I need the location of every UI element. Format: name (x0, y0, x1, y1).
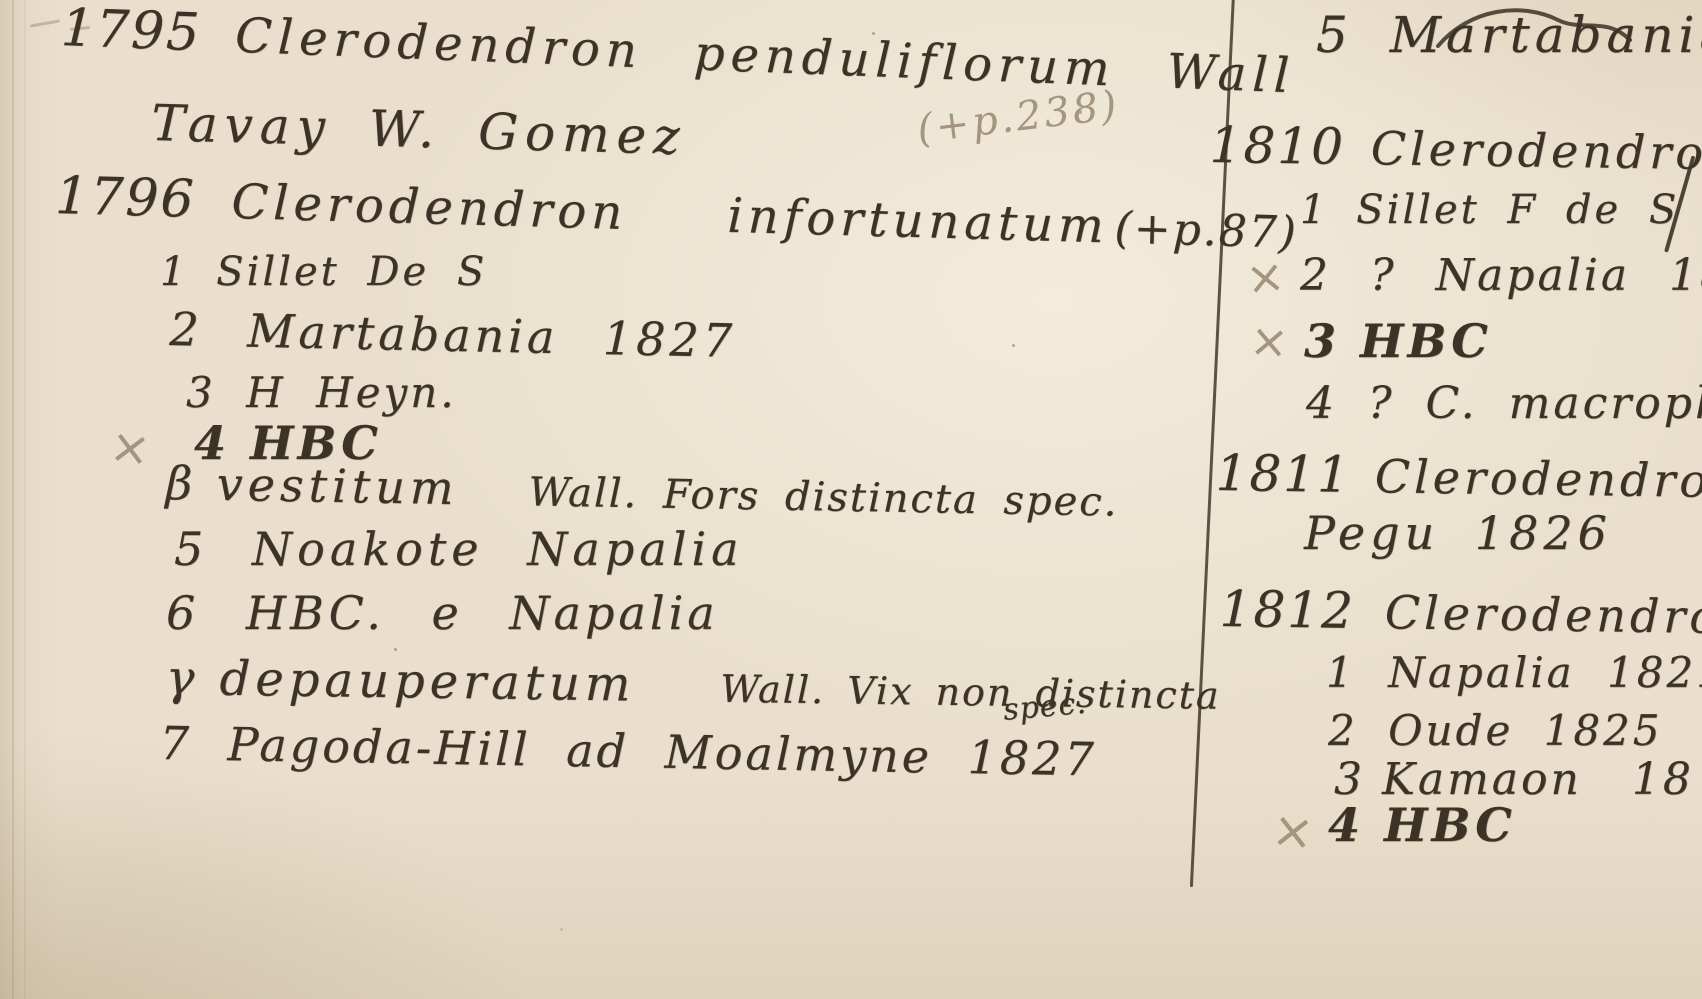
collection-item: 2 ? Napalia 18 (1300, 254, 1702, 298)
species-name: Clerodendron infortunatum (231, 174, 1110, 254)
pencil-dash (30, 19, 60, 27)
catalogue-number: 1795 (60, 2, 202, 59)
page-crease (24, 0, 26, 999)
catalogue-number: 1810 (1209, 120, 1345, 172)
entry-1810-heading: 1810Clerodendron p (1209, 120, 1702, 178)
species-name: Clerodendron p (1370, 121, 1702, 181)
pencil-x-mark: × (1244, 252, 1287, 302)
collection-item: 3 H Heyn. (186, 372, 457, 414)
ink-speck (560, 928, 563, 931)
collection-item: 6 HBC. e Napalia (166, 590, 719, 636)
entry-1812-heading: 1812Clerodendron (1219, 584, 1702, 641)
pencil-x-mark: × (1269, 804, 1317, 859)
ink-speck (1012, 344, 1015, 347)
ink-speck (394, 648, 397, 651)
collection-item: 3 Kamaon18 (1334, 758, 1694, 802)
collection-item: 2 Martabania 1827 (169, 306, 736, 364)
pencil-x-mark: × (1248, 316, 1290, 365)
entry-1811-locality: Pegu 1826 (1304, 510, 1612, 556)
variety-line: β vestitumWall. Fors distincta spec. (165, 460, 1119, 523)
collection-item: 1 Sillet F de S (1300, 190, 1679, 230)
collection-item: 1 Napalia 1821 (1326, 652, 1702, 694)
collection-item: 4 ? C. macrophy (1306, 382, 1702, 426)
collection-item: 3 HBC (1304, 318, 1492, 364)
catalogue-number: 1812 (1219, 584, 1355, 636)
catalogue-number: 1811 (1215, 448, 1351, 500)
catalogue-number: 1796 (55, 170, 197, 226)
collection-item: 5 Noakote Napalia (174, 526, 744, 572)
collection-item: 4 HBC (1328, 802, 1516, 848)
determination-note: Wall. Fors distincta spec. (528, 469, 1119, 525)
collection-item: 2 Oude 1825 (1328, 710, 1663, 752)
variety-label: β vestitum (165, 456, 459, 515)
manuscript-page: 1795Clerodendron penduliflorum Wall Tava… (0, 0, 1702, 999)
collection-item-fragment: 5 Martabania (1316, 10, 1702, 60)
entry-1795-locality: Tavay W. Gomez (151, 98, 687, 162)
collection-item: 7 Pagoda-Hill ad Moalmyne 1827 (159, 720, 1097, 782)
determination-note: Wall. Vix non distincta (720, 667, 1221, 718)
note-carry-over: spec. (1002, 689, 1088, 726)
year-fragment: 18 (1632, 754, 1694, 805)
species-name: Clerodendron o (1374, 449, 1702, 509)
entry-1796-heading: 1796Clerodendron infortunatum(+p.87) (55, 170, 1299, 257)
pencil-x-mark: × (107, 421, 154, 474)
entry-1811-heading: 1811Clerodendron o (1215, 448, 1702, 506)
page-crease (12, 0, 14, 999)
species-name: Clerodendron (1384, 585, 1702, 644)
pencil-page-note: (+p.238) (915, 85, 1122, 149)
variety-label: γ depauperatum (165, 650, 635, 713)
collection-item: 1 Sillet De S (160, 252, 487, 292)
species-name: Clerodendron penduliflorum Wall (234, 8, 1296, 105)
